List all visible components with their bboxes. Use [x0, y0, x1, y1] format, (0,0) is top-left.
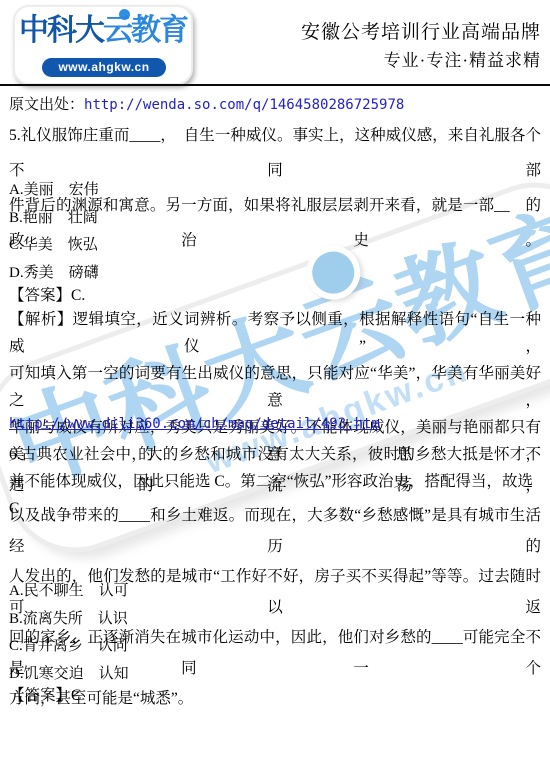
analysis-line: 可知填入第一空的词要有生出威仪的意思，只能对应“华美”，华美有华丽美好之意，: [9, 360, 541, 414]
question-5-answer: 【答案】C.: [9, 286, 541, 306]
option-d: D.秀美 磅礴: [9, 260, 541, 288]
company-logo: 中科大云教育 www.ahgkw.cn: [13, 5, 193, 85]
question-6-line: 6.古典农业社会中，大的乡愁和城市没有太大关系，彼时的乡愁大抵是怀才不遇的流荡，: [9, 440, 541, 501]
tagline-secondary: 专业·专注·精益求精: [301, 50, 541, 72]
question-6-line: 以及战争带来的____和乡土难返。而现在，大多数“乡愁感慨”是具有城市生活经历的: [9, 501, 541, 562]
analysis-line: 【解析】逻辑填空，近义词辨析。考察予以侧重，根据解释性语句“自生一种威仪”，: [9, 306, 541, 360]
reference-link-row: http://www.dili360.com/ch/mag/detail/493…: [9, 414, 541, 434]
option-a: A.美丽 宏伟: [9, 177, 541, 205]
question-5-options: A.美丽 宏伟 B.艳丽 壮阔 C.华美 恢弘 D.秀美 磅礴: [9, 177, 541, 287]
brand-part-dark: 中科大: [19, 14, 103, 47]
question-6-answer: 【答案】C: [9, 686, 541, 706]
source-row: 原文出处：http://wenda.so.com/q/1464580286725…: [9, 95, 541, 115]
option-b: B.流离失所 认识: [9, 606, 541, 634]
logo-url-pill: www.ahgkw.cn: [42, 58, 166, 77]
brand-part-light: 云教育: [103, 14, 187, 47]
tagline-primary: 安徽公考培训行业高端品牌: [301, 21, 541, 45]
option-a: A.民不聊生 认可: [9, 578, 541, 606]
document-page: 中科大云教育 www.ahgkw.cn 中科大云教育 www.ahgkw.cn …: [0, 0, 550, 770]
source-link[interactable]: http://wenda.so.com/q/1464580286725978: [84, 97, 404, 113]
source-label: 原文出处：: [9, 97, 84, 113]
option-c: C.背井离乡 认同: [9, 633, 541, 661]
header-divider: [0, 84, 550, 86]
option-d: D.饥寒交迫 认知: [9, 661, 541, 689]
question-6-options: A.民不聊生 认可 B.流离失所 认识 C.背井离乡 认同 D.饥寒交迫 认知: [9, 578, 541, 688]
option-c: C.华美 恢弘: [9, 232, 541, 260]
brand-text: 中科大云教育: [15, 16, 191, 46]
reference-link[interactable]: http://www.dili360.com/ch/mag/detail/493…: [9, 416, 380, 432]
option-b: B.艳丽 壮阔: [9, 205, 541, 233]
header-taglines: 安徽公考培训行业高端品牌 专业·专注·精益求精: [301, 21, 541, 72]
